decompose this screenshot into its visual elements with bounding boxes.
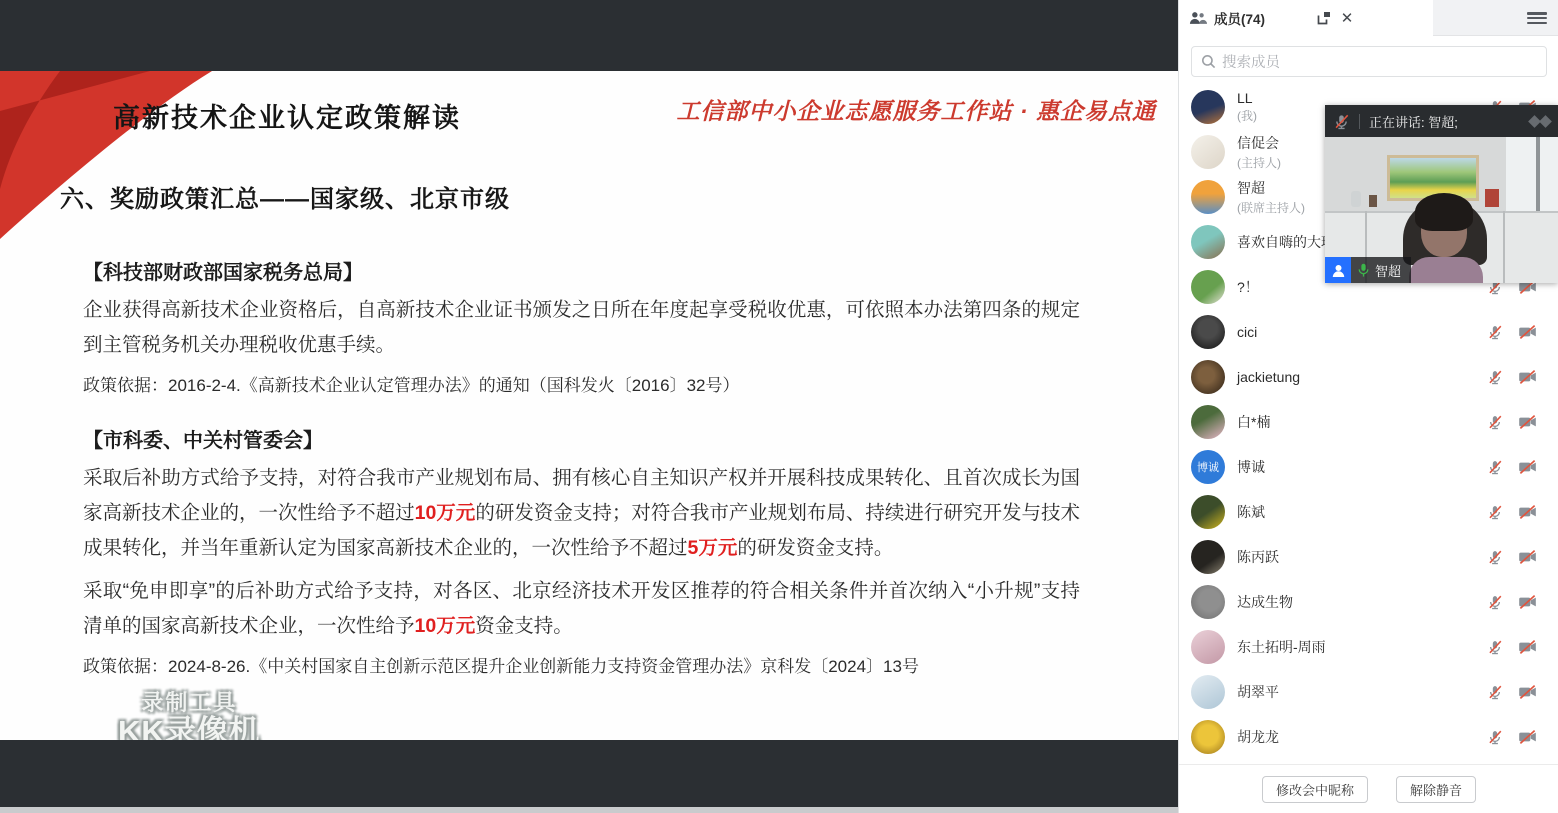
member-row[interactable]: jackietung [1179, 354, 1558, 399]
member-row[interactable]: cici [1179, 309, 1558, 354]
bottom-strip [0, 807, 1178, 813]
member-av-controls [1487, 639, 1537, 655]
mic-muted-icon[interactable] [1487, 684, 1503, 700]
cabinet-line [1503, 211, 1505, 283]
camera-muted-icon[interactable] [1518, 369, 1537, 385]
tab-members[interactable]: 成员(74) ✕ [1179, 0, 1433, 36]
member-names: 达成生物 [1237, 592, 1487, 612]
member-name: 达成生物 [1237, 592, 1487, 612]
camera-muted-icon[interactable] [1518, 549, 1537, 565]
member-av-controls [1487, 414, 1537, 430]
member-names: jackietung [1237, 369, 1487, 385]
camera-muted-icon[interactable] [1518, 504, 1537, 520]
speaker-video-window[interactable]: 正在讲话: 智超; [1325, 105, 1558, 283]
mic-muted-icon[interactable] [1487, 459, 1503, 475]
mic-muted-icon[interactable] [1487, 369, 1503, 385]
member-name: 博诚 [1237, 457, 1487, 477]
search-placeholder: 搜索成员 [1222, 51, 1280, 72]
mic-muted-icon[interactable] [1487, 594, 1503, 610]
member-row[interactable]: 胡翠平 [1179, 669, 1558, 714]
member-av-controls [1487, 594, 1537, 610]
avatar [1191, 270, 1225, 304]
popout-icon[interactable] [1316, 10, 1332, 26]
avatar [1191, 540, 1225, 574]
mic-muted-icon[interactable] [1487, 639, 1503, 655]
video-name-label: 智超 [1325, 257, 1411, 283]
member-row[interactable]: 陈丙跃 [1179, 534, 1558, 579]
watermark-line2: KK录像机 [118, 715, 261, 740]
member-name: 胡龙龙 [1237, 727, 1487, 747]
member-av-controls [1487, 459, 1537, 475]
rename-button[interactable]: 修改会中昵称 [1262, 776, 1368, 803]
avatar [1191, 360, 1225, 394]
policy-reference: 政策依据：2016-2-4.《高新技术企业认定管理办法》的通知（国科发火〔201… [83, 371, 1080, 396]
avatar [1191, 675, 1225, 709]
avatar [1191, 135, 1225, 169]
avatar: 博诚 [1191, 450, 1225, 484]
watermark-line1: 录制工具 [118, 691, 261, 715]
close-panel-icon[interactable]: ✕ [1339, 10, 1355, 26]
slide-content: 六、奖励政策汇总——国家级、北京市级 【科技部财政部国家税务总局】企业获得高新技… [60, 179, 1122, 705]
member-row[interactable]: 陈斌 [1179, 489, 1558, 534]
slide-slogan: 工信部中小企业志愿服务工作站 · 惠企易点通 [677, 93, 1156, 126]
speaker-name: 智超 [1375, 261, 1401, 280]
member-av-controls [1487, 324, 1537, 340]
member-av-controls [1487, 369, 1537, 385]
recorder-watermark: 录制工具 KK录像机 [118, 691, 261, 740]
member-names: cici [1237, 324, 1487, 340]
panel-title: 成员(74) [1214, 8, 1265, 28]
meeting-window: 高新技术企业认定政策解读 工信部中小企业志愿服务工作站 · 惠企易点通 六、奖励… [0, 0, 1558, 813]
avatar [1191, 630, 1225, 664]
section-title: 六、奖励政策汇总——国家级、北京市级 [60, 179, 1122, 214]
member-names: 胡龙龙 [1237, 727, 1487, 747]
mic-muted-icon[interactable] [1487, 414, 1503, 430]
speaker-badge-icon [1325, 257, 1351, 283]
member-row[interactable]: 胡龙龙 [1179, 714, 1558, 759]
panel-footer: 修改会中昵称 解除静音 [1179, 764, 1558, 813]
camera-muted-icon[interactable] [1518, 729, 1537, 745]
policy-heading: 【市科委、中关村管委会】 [83, 424, 1080, 453]
member-row[interactable]: 东土拓明-周雨 [1179, 624, 1558, 669]
mic-muted-icon[interactable] [1487, 324, 1503, 340]
avatar [1191, 720, 1225, 754]
slide-title: 高新技术企业认定政策解读 [113, 96, 461, 135]
member-names: 胡翠平 [1237, 682, 1487, 702]
mic-muted-icon[interactable] [1487, 504, 1503, 520]
avatar [1191, 405, 1225, 439]
member-names: 陈丙跃 [1237, 547, 1487, 567]
slide-text-blocks: 【科技部财政部国家税务总局】企业获得高新技术企业资格后，自高新技术企业证书颁发之… [83, 256, 1080, 677]
camera-muted-icon[interactable] [1518, 684, 1537, 700]
member-av-controls [1487, 549, 1537, 565]
camera-muted-icon[interactable] [1518, 459, 1537, 475]
mic-muted-icon[interactable] [1487, 549, 1503, 565]
mic-active-icon [1357, 263, 1370, 278]
speaker-shoulders [1409, 257, 1483, 283]
avatar [1191, 315, 1225, 349]
member-name: LL [1237, 90, 1487, 106]
policy-heading: 【科技部财政部国家税务总局】 [83, 256, 1080, 285]
divider [1359, 114, 1360, 129]
camera-muted-icon[interactable] [1518, 594, 1537, 610]
shelf-item [1485, 189, 1499, 207]
member-av-controls [1487, 684, 1537, 700]
policy-paragraph: 采取“免申即享”的后补助方式给予支持，对各区、北京经济技术开发区推荐的符合相关条… [83, 574, 1080, 644]
presentation-slide: 高新技术企业认定政策解读 工信部中小企业志愿服务工作站 · 惠企易点通 六、奖励… [0, 71, 1178, 740]
member-names: 东土拓明-周雨 [1237, 637, 1487, 657]
member-names: 博诚 [1237, 457, 1487, 477]
avatar [1191, 225, 1225, 259]
member-row[interactable]: 白*楠 [1179, 399, 1558, 444]
shelf-item [1351, 191, 1361, 207]
search-icon [1201, 54, 1216, 69]
menu-icon[interactable] [1527, 9, 1547, 27]
member-name: cici [1237, 324, 1487, 340]
member-names: 陈斌 [1237, 502, 1487, 522]
avatar [1191, 180, 1225, 214]
screen-share-area: 高新技术企业认定政策解读 工信部中小企业志愿服务工作站 · 惠企易点通 六、奖励… [0, 0, 1178, 813]
policy-paragraph: 采取后补助方式给予支持，对符合我市产业规划布局、拥有核心自主知识产权并开展科技成… [83, 461, 1080, 566]
member-av-controls [1487, 504, 1537, 520]
member-name: jackietung [1237, 369, 1487, 385]
member-names: 白*楠 [1237, 412, 1487, 432]
policy-paragraph: 企业获得高新技术企业资格后，自高新技术企业证书颁发之日所在年度起享受税收优惠，可… [83, 293, 1080, 363]
member-name: 东土拓明-周雨 [1237, 637, 1487, 657]
member-av-controls [1487, 729, 1537, 745]
member-name: 胡翠平 [1237, 682, 1487, 702]
member-name: 陈斌 [1237, 502, 1487, 522]
member-name: 陈丙跃 [1237, 547, 1487, 567]
member-row[interactable]: 博诚博诚 [1179, 444, 1558, 489]
member-row[interactable]: 达成生物 [1179, 579, 1558, 624]
camera-muted-icon[interactable] [1518, 324, 1537, 340]
member-name: 白*楠 [1237, 412, 1487, 432]
mic-muted-icon[interactable] [1487, 729, 1503, 745]
avatar [1191, 495, 1225, 529]
speaking-label: 正在讲话: 智超; [1369, 112, 1521, 131]
video-feed: 智超 [1325, 137, 1558, 283]
shelf-item [1369, 195, 1377, 207]
members-icon [1189, 11, 1207, 25]
panel-header: 成员(74) ✕ [1179, 0, 1558, 36]
avatar [1191, 585, 1225, 619]
move-handle-icon[interactable] [1530, 117, 1550, 126]
video-topbar: 正在讲话: 智超; [1325, 105, 1558, 137]
search-member-input[interactable]: 搜索成员 [1191, 46, 1547, 77]
speaker-hair [1415, 193, 1473, 231]
avatar [1191, 90, 1225, 124]
unmute-button[interactable]: 解除静音 [1396, 776, 1476, 803]
policy-reference: 政策依据：2024-8-26.《中关村国家自主创新示范区提升企业创新能力支持资金… [83, 652, 1080, 677]
camera-muted-icon[interactable] [1518, 639, 1537, 655]
mic-muted-icon [1333, 113, 1350, 130]
camera-muted-icon[interactable] [1518, 414, 1537, 430]
